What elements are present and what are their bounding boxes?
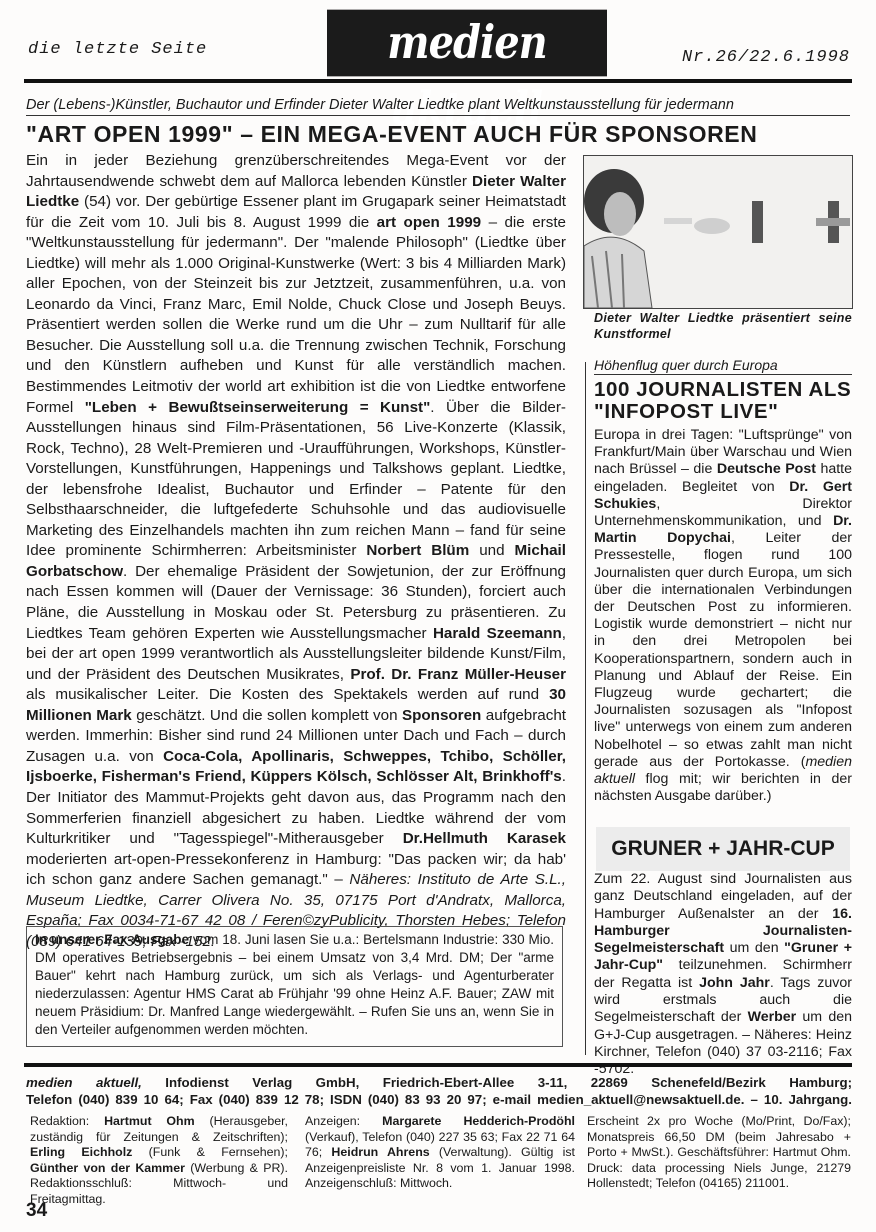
photo-illustration-icon [584, 156, 852, 308]
publication-logo: medien aktuell [327, 10, 607, 77]
page-number: 34 [26, 1200, 47, 1222]
sidebar1-kicker: Höhenflug quer durch Europa [594, 357, 852, 375]
emphasis-text: Dr. Gert Schukies [594, 479, 852, 512]
emphasis-text: Heidrun Ahrens [331, 1145, 429, 1159]
issue-number: Nr.26/22.6.1998 [682, 48, 850, 67]
footer-rule [24, 1063, 852, 1067]
emphasis-text: Erling Eichholz [30, 1145, 132, 1159]
imprint-advertising: Anzeigen: Margarete Hedderich-Prodöhl (V… [305, 1114, 575, 1192]
emphasis-text: Dr. Martin Dopychai [594, 513, 852, 546]
imprint-publisher-name: medien aktuell, [26, 1075, 142, 1090]
imprint-publisher: medien aktuell, Infodienst Verlag GmbH, … [26, 1074, 852, 1108]
imprint-contact: Telefon (040) 839 10 64; Fax (040) 839 1… [26, 1092, 852, 1107]
article-kicker: Der (Lebens-)Künstler, Buchautor und Erf… [26, 97, 850, 116]
emphasis-text: John Jahr [699, 975, 770, 991]
fax-edition-box: In unserer Fax-Ausgabe vom 18. Juni lase… [26, 926, 563, 1047]
sidebar1-title: 100 JOURNALISTEN ALS "INFOPOST LIVE" [594, 379, 852, 423]
section-label: die letzte Seite [28, 40, 207, 59]
article-photo [583, 155, 853, 309]
emphasis-text: Margarete Hedderich-Prodöhl [382, 1114, 575, 1128]
emphasis-text: art open 1999 [377, 214, 481, 231]
emphasis-text: In unserer Fax-Ausgabe [35, 932, 189, 947]
emphasis-text: Dieter Walter Liedtke [26, 173, 566, 211]
article-body: Ein in jeder Beziehung grenzüberschreite… [26, 151, 566, 952]
emphasis-text: Hartmut Ohm [104, 1114, 195, 1128]
sidebar2-title: GRUNER + JAHR-CUP [596, 827, 850, 871]
emphasis-text: Werber [748, 1009, 797, 1025]
column-divider [585, 362, 586, 1055]
header-rule [24, 79, 852, 83]
sidebar2-body: Zum 22. August sind Journalisten aus gan… [594, 871, 852, 1079]
photo-caption: Dieter Walter Liedtke präsentiert seine … [594, 310, 852, 342]
sidebar1-title-line1: 100 JOURNALISTEN ALS [594, 379, 852, 401]
article-paragraph: Ein in jeder Beziehung grenzüberschreite… [26, 151, 566, 952]
article-headline: "ART OPEN 1999" – EIN MEGA-EVENT AUCH FÜ… [26, 121, 850, 148]
emphasis-text: Deutsche Post [717, 461, 816, 477]
emphasis-text: medien aktuell [594, 754, 852, 787]
emphasis-text: Dr.Hellmuth Karasek [403, 830, 566, 847]
emphasis-text: Harald Szeemann [433, 625, 562, 642]
emphasis-text: 30 Millionen Mark [26, 686, 566, 724]
imprint-address: Infodienst Verlag GmbH, Friedrich-Ebert-… [142, 1075, 852, 1090]
emphasis-text: Norbert Blüm [366, 542, 469, 559]
emphasis-text: Michail Gorbatschow [26, 542, 566, 580]
sidebar1-body: Europa in drei Tagen: "Luftsprünge" von … [594, 427, 852, 805]
emphasis-text: Sponsoren [402, 707, 481, 724]
emphasis-text: Coca-Cola, Apollinaris, Schweppes, Tchib… [26, 748, 566, 786]
emphasis-text: Günther von der Kammer [30, 1161, 185, 1175]
imprint-editorial: Redaktion: Hartmut Ohm (Herausgeber, zus… [30, 1114, 288, 1208]
fax-box-text: In unserer Fax-Ausgabe vom 18. Juni lase… [35, 932, 554, 1037]
sidebar1-title-line2: "INFOPOST LIVE" [594, 401, 852, 423]
imprint-subscription: Erscheint 2x pro Woche (Mo/Print, Do/Fax… [587, 1114, 851, 1192]
emphasis-text: "Leben + Bewußtseinserweiterung = Kunst" [85, 399, 431, 416]
emphasis-text: Prof. Dr. Franz Müller-Heuser [350, 666, 566, 683]
